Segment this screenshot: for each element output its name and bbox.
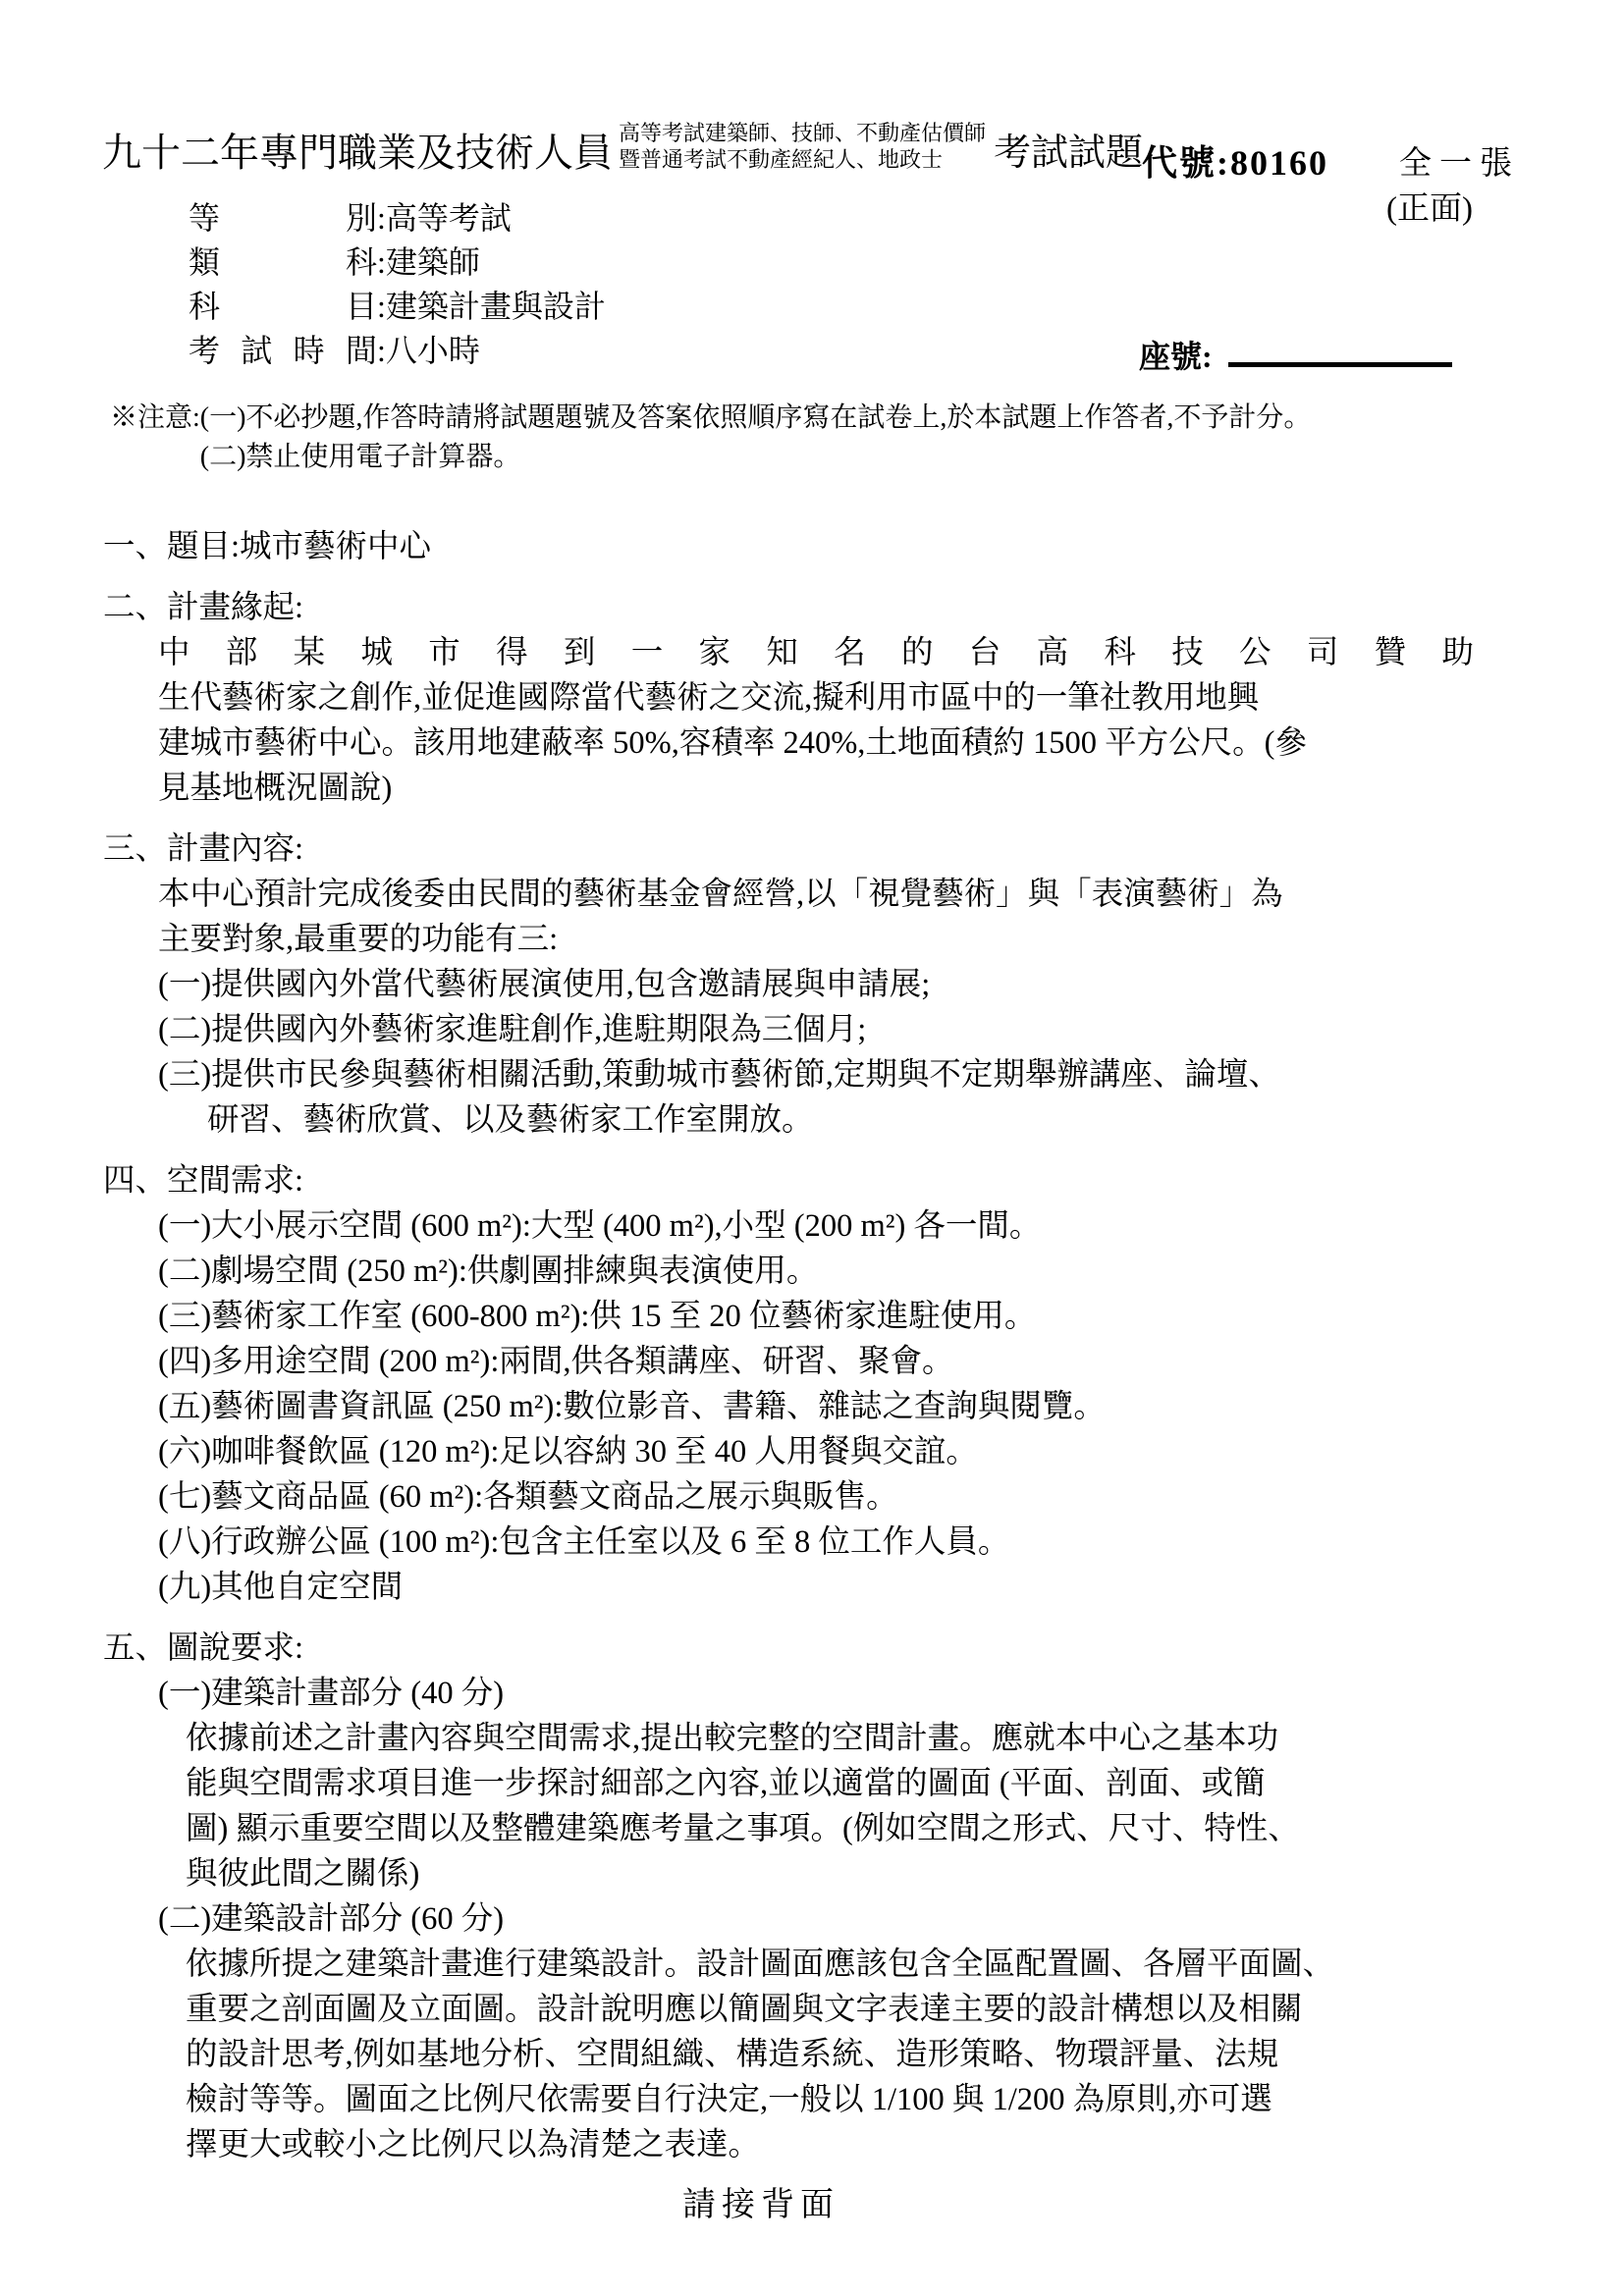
section-number: 一、 (103, 529, 167, 564)
text-line: 生代藝術家之創作,並促進國際當代藝術之交流,擬利用市區中的一筆社教用地興 (158, 675, 1546, 721)
section-topic: 一、題目:城市藝術中心 (103, 524, 1546, 569)
section-body: 本中心預計完成後委由民間的藝術基金會經營,以「視覺藝術」與「表演藝術」為 主要對… (158, 872, 1546, 1143)
list-item: (一)建築計畫部分 (40 分) (158, 1671, 1546, 1716)
section-body: (一)建築計畫部分 (40 分) 依據前述之計畫內容與空間需求,提出較完整的空間… (158, 1671, 1546, 2167)
text-line: 依據所提之建築計畫進行建築設計。設計圖面應該包含全區配置圖、各層平面圖、 (186, 1942, 1546, 1987)
text-line: 研習、藝術欣賞、以及藝術家工作室開放。 (207, 1097, 1546, 1143)
seat-number: 座號: (1139, 332, 1452, 377)
text-line: 的設計思考,例如基地分析、空間組織、構造系統、造形策略、物環評量、法規 (186, 2032, 1546, 2077)
exam-title-main: 九十二年專門職業及技術人員 (102, 130, 613, 177)
text-line: 重要之剖面圖及立面圖。設計說明應以簡圖與文字表達主要的設計構想以及相關 (186, 1987, 1546, 2032)
meta-colon: : (377, 333, 386, 368)
meta-colon: : (377, 200, 386, 236)
exam-code-label: 代號: (1142, 143, 1230, 183)
section-title: 空間需求: (167, 1163, 303, 1199)
meta-row-subject: 科目:建築計畫與設計 (189, 285, 606, 329)
text-line: 建城市藝術中心。該用地建蔽率 50%,容積率 240%,土地面積約 1500 平… (158, 721, 1546, 766)
list-item: (一)提供國內外當代藝術展演使用,包含邀請展與申請展; (158, 962, 1546, 1007)
text-line: 主要對象,最重要的功能有三: (158, 917, 1546, 962)
section-body: (一)大小展示空間 (600 m²):大型 (400 m²),小型 (200 m… (158, 1203, 1546, 1610)
list-item: (五)藝術圖書資訊區 (250 m²):數位影音、書籍、雜誌之查詢與閱覽。 (158, 1384, 1546, 1429)
section-number: 四、 (103, 1163, 167, 1199)
exam-title-subtitle-line-2: 暨普通考試不動產經紀人、地政士 (619, 146, 986, 173)
list-item: (二)建築設計部分 (60 分) (158, 1896, 1546, 1942)
section-title: 圖說要求: (167, 1630, 303, 1666)
section-number: 五、 (103, 1630, 167, 1666)
section-title: 題目:城市藝術中心 (167, 529, 431, 564)
meta-label: 等別 (189, 196, 377, 240)
section-space-requirements: 四、空間需求: (一)大小展示空間 (600 m²):大型 (400 m²),小… (103, 1158, 1546, 1610)
meta-label: 類科 (189, 240, 377, 285)
text-line: 檢討等等。圖面之比例尺依需要自行決定,一般以 1/100 與 1/200 為原則… (186, 2077, 1546, 2122)
continue-on-back-label: 請接背面 (103, 2183, 1419, 2228)
text-line: 本中心預計完成後委由民間的藝術基金會經營,以「視覺藝術」與「表演藝術」為 (158, 872, 1546, 917)
exam-title: 九十二年專門職業及技術人員 高等考試建築師、技師、不動產估價師 暨普通考試不動產… (102, 120, 1143, 177)
text-line: 中部某城市得到一家知名的台高科技公司贊助 (158, 630, 1474, 675)
list-item: (七)藝文商品區 (60 m²):各類藝文商品之展示與販售。 (158, 1474, 1546, 1520)
list-item: (二)提供國內外藝術家進駐創作,進駐期限為三個月; (158, 1007, 1546, 1052)
list-item: (二)劇場空間 (250 m²):供劇團排練與表演使用。 (158, 1249, 1546, 1294)
sheet-count-label: 全一張 (1399, 137, 1520, 184)
list-item: (九)其他自定空間 (158, 1565, 1546, 1610)
meta-label: 考試時間 (189, 329, 377, 373)
list-item: (六)咖啡餐飲區 (120 m²):足以容納 30 至 40 人用餐與交誼。 (158, 1429, 1546, 1474)
list-item: (八)行政辦公區 (100 m²):包含主任室以及 6 至 8 位工作人員。 (158, 1520, 1546, 1565)
list-item: (一)大小展示空間 (600 m²):大型 (400 m²),小型 (200 m… (158, 1203, 1546, 1249)
meta-row-category: 類科:建築師 (189, 240, 606, 285)
meta-value: 建築師 (386, 244, 480, 280)
page-side-label: (正面) (1386, 183, 1473, 229)
list-item: (四)多用途空間 (200 m²):兩間,供各類講座、研習、聚會。 (158, 1339, 1546, 1384)
text-line: 能與空間需求項目進一步探討細部之內容,並以適當的圖面 (平面、剖面、或簡 (186, 1761, 1546, 1806)
list-item: (三)藝術家工作室 (600-800 m²):供 15 至 20 位藝術家進駐使… (158, 1294, 1546, 1339)
meta-value: 高等考試 (386, 200, 512, 236)
meta-row-duration: 考試時間:八小時 (189, 329, 606, 373)
meta-colon: : (377, 244, 386, 280)
section-title: 計畫緣起: (167, 590, 303, 625)
exam-meta: 等別:高等考試 類科:建築師 科目:建築計畫與設計 考試時間:八小時 (189, 196, 606, 373)
section-heading: 五、圖說要求: (103, 1626, 1546, 1671)
section-number: 二、 (103, 590, 167, 625)
section-heading: 一、題目:城市藝術中心 (103, 524, 1546, 569)
text-line: 依據前述之計畫內容與空間需求,提出較完整的空間計畫。應就本中心之基本功 (186, 1716, 1546, 1761)
section-plan-content: 三、計畫內容: 本中心預計完成後委由民間的藝術基金會經營,以「視覺藝術」與「表演… (103, 827, 1546, 1143)
text-line: 見基地概況圖說) (158, 766, 1546, 811)
text-line: 與彼此間之關係) (186, 1851, 1546, 1896)
section-title: 計畫內容: (167, 831, 303, 867)
seat-number-blank-line (1228, 332, 1452, 367)
notice-item: (二)禁止使用電子計算器。 (200, 438, 1312, 477)
text-line: 擇更大或較小之比例尺以為清楚之表達。 (186, 2122, 1546, 2167)
text-line: 圖) 顯示重要空間以及整體建築應考量之事項。(例如空間之形式、尺寸、特性、 (186, 1806, 1546, 1851)
notice-item: (一)不必抄題,作答時請將試題題號及答案依照順序寫在試卷上,於本試題上作答者,不… (200, 399, 1312, 438)
section-body: 中部某城市得到一家知名的台高科技公司贊助 生代藝術家之創作,並促進國際當代藝術之… (158, 630, 1546, 811)
section-plan-origin: 二、計畫緣起: 中部某城市得到一家知名的台高科技公司贊助 生代藝術家之創作,並促… (103, 585, 1546, 811)
exam-title-suffix: 考試試題 (994, 132, 1143, 177)
section-number: 三、 (103, 831, 167, 867)
section-heading: 四、空間需求: (103, 1158, 1546, 1203)
exam-title-subtitle: 高等考試建築師、技師、不動產估價師 暨普通考試不動產經紀人、地政士 (619, 120, 986, 173)
meta-row-grade: 等別:高等考試 (189, 196, 606, 240)
seat-number-label: 座號: (1139, 339, 1213, 374)
meta-value: 八小時 (386, 333, 480, 368)
section-heading: 三、計畫內容: (103, 827, 1546, 872)
notice-prefix: ※注意: (110, 399, 200, 477)
exam-paper-page: 九十二年專門職業及技術人員 高等考試建築師、技師、不動產估價師 暨普通考試不動產… (0, 0, 1623, 2296)
section-drawing-requirements: 五、圖說要求: (一)建築計畫部分 (40 分) 依據前述之計畫內容與空間需求,… (103, 1626, 1546, 2167)
meta-value: 建築計畫與設計 (386, 289, 606, 324)
section-heading: 二、計畫緣起: (103, 585, 1546, 630)
exam-title-subtitle-line-1: 高等考試建築師、技師、不動產估價師 (619, 120, 986, 146)
notice-items: (一)不必抄題,作答時請將試題題號及答案依照順序寫在試卷上,於本試題上作答者,不… (200, 399, 1312, 477)
exam-body: 一、題目:城市藝術中心 二、計畫緣起: 中部某城市得到一家知名的台高科技公司贊助… (103, 524, 1546, 2228)
meta-colon: : (377, 289, 386, 324)
list-item: (三)提供市民參與藝術相關活動,策動城市藝術節,定期與不定期舉辦講座、論壇、 (158, 1052, 1546, 1097)
exam-code-value: 80160 (1230, 143, 1328, 183)
notice: ※注意: (一)不必抄題,作答時請將試題題號及答案依照順序寫在試卷上,於本試題上… (110, 399, 1311, 477)
exam-code: 代號:80160 (1142, 135, 1328, 186)
meta-label: 科目 (189, 285, 377, 329)
